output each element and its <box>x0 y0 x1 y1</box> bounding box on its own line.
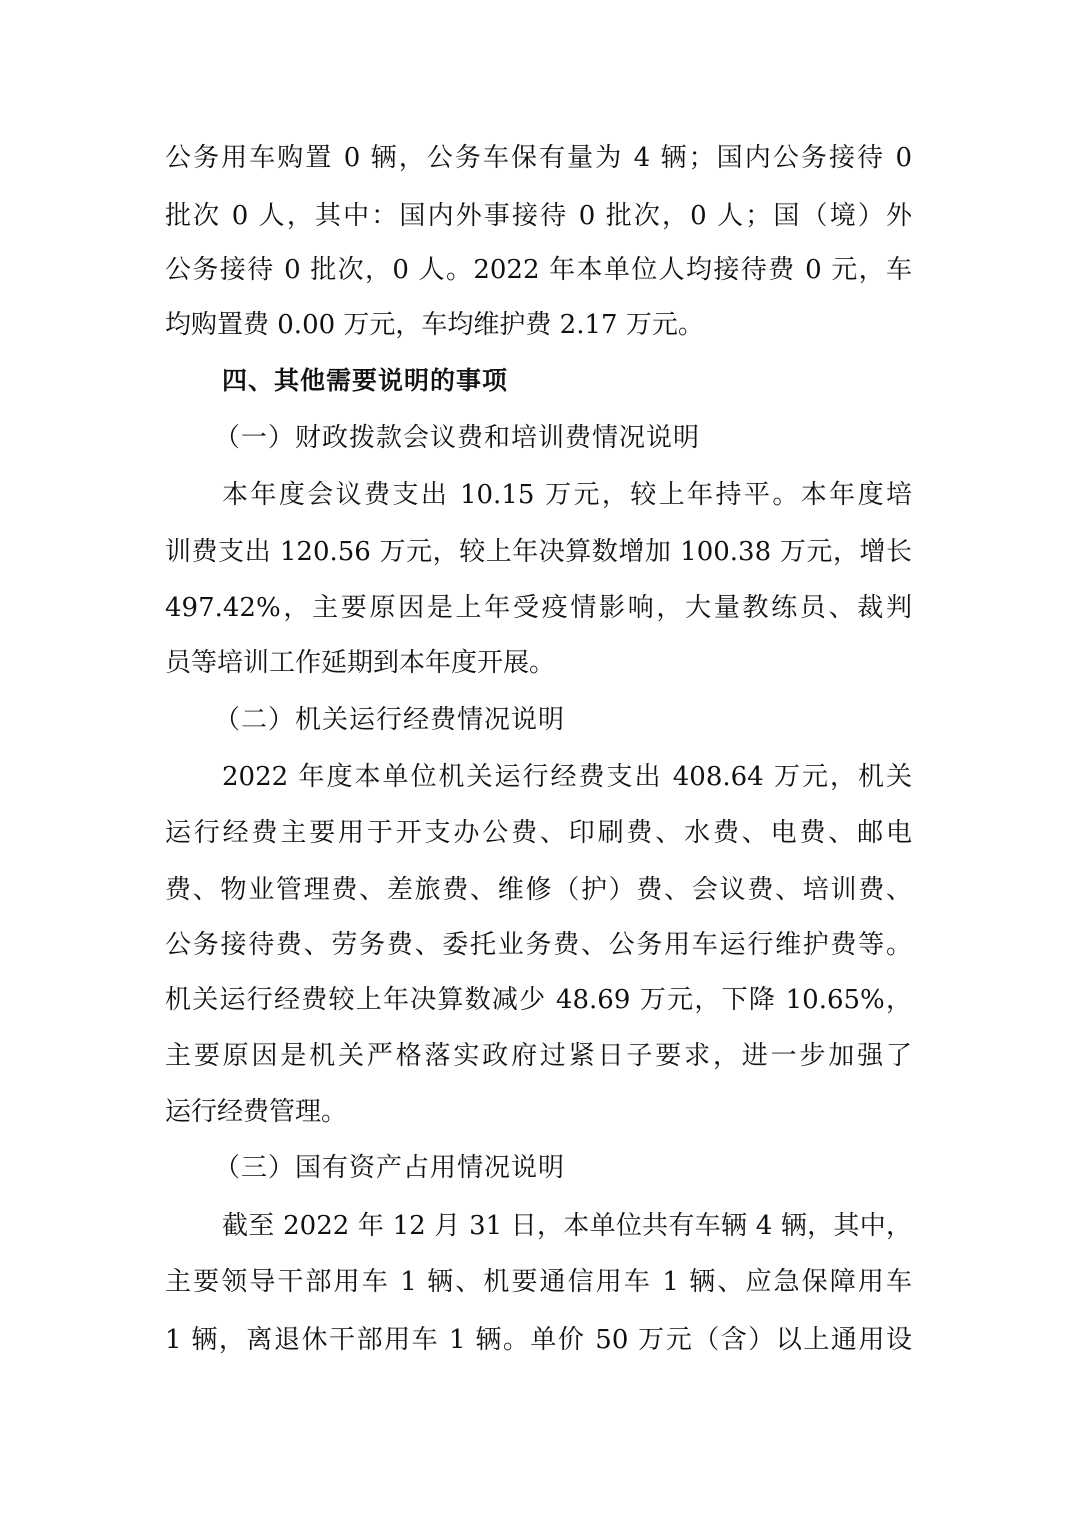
paragraph-line: 1 辆，离退休干部用车 1 辆。单价 50 万元（含）以上通用设 <box>165 1320 912 1360</box>
subsection-heading-1: （一）财政拨款会议费和培训费情况说明 <box>214 418 904 458</box>
paragraph-line: 运行经费管理。 <box>165 1092 912 1132</box>
paragraph-line: 本年度会议费支出 10.15 万元，较上年持平。本年度培 <box>222 475 912 515</box>
paragraph-line: 机关运行经费较上年决算数减少 48.69 万元，下降 10.65%， <box>165 980 912 1020</box>
paragraph-line: 主要领导干部用车 1 辆、机要通信用车 1 辆、应急保障用车 <box>165 1262 912 1302</box>
paragraph-line: 均购置费 0.00 万元，车均维护费 2.17 万元。 <box>165 305 912 345</box>
subsection-heading-2: （二）机关运行经费情况说明 <box>214 700 904 740</box>
paragraph-line: 公务接待 0 批次，0 人。2022 年本单位人均接待费 0 元，车 <box>165 250 912 290</box>
subsection-heading-3: （三）国有资产占用情况说明 <box>214 1148 904 1188</box>
paragraph-line: 公务接待费、劳务费、委托业务费、公务用车运行维护费等。 <box>165 925 912 965</box>
paragraph-line: 截至 2022 年 12 月 31 日，本单位共有车辆 4 辆，其中， <box>222 1206 912 1246</box>
paragraph-line: 主要原因是机关严格落实政府过紧日子要求，进一步加强了 <box>165 1036 912 1076</box>
paragraph-line: 公务用车购置 0 辆，公务车保有量为 4 辆；国内公务接待 0 <box>165 138 912 178</box>
document-page: 公务用车购置 0 辆，公务车保有量为 4 辆；国内公务接待 0 批次 0 人，其… <box>0 0 1074 1520</box>
paragraph-line: 训费支出 120.56 万元，较上年决算数增加 100.38 万元，增长 <box>165 532 912 572</box>
paragraph-line: 运行经费主要用于开支办公费、印刷费、水费、电费、邮电 <box>165 813 912 853</box>
paragraph-line: 批次 0 人，其中：国内外事接待 0 批次，0 人；国（境）外 <box>165 196 912 236</box>
paragraph-line: 2022 年度本单位机关运行经费支出 408.64 万元，机关 <box>222 757 912 797</box>
section-heading: 四、其他需要说明的事项 <box>222 361 912 401</box>
paragraph-line: 员等培训工作延期到本年度开展。 <box>165 643 912 683</box>
paragraph-line: 497.42%，主要原因是上年受疫情影响，大量教练员、裁判 <box>165 588 912 628</box>
paragraph-line: 费、物业管理费、差旅费、维修（护）费、会议费、培训费、 <box>165 870 912 910</box>
